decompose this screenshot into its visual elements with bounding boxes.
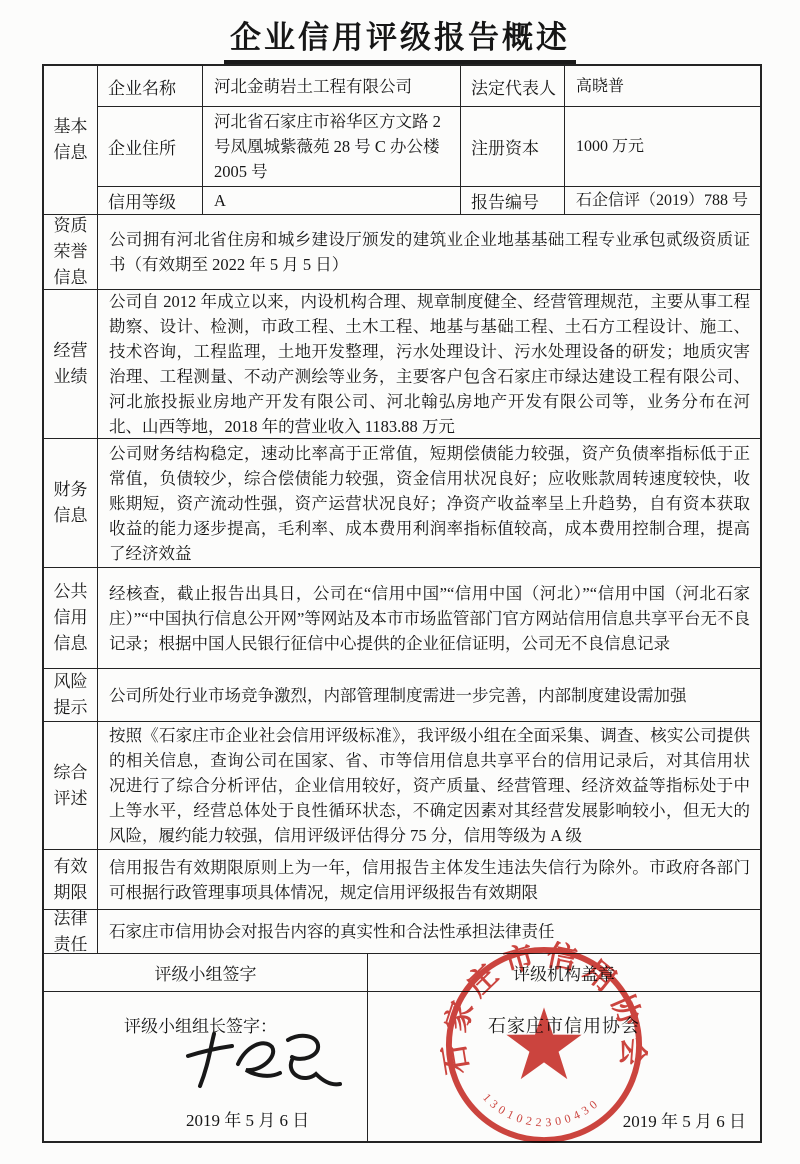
section-content-financial: 公司财务结构稳定，速动比率高于正常值，短期偿债能力较强，资产负债率指标低于正常值… xyxy=(97,439,760,567)
section-content-public-credit: 经核查，截止报告出具日，公司在“信用中国”“信用中国（河北）”“信用中国（河北石… xyxy=(97,568,760,668)
signature-header-row: 评级小组签字 评级机构盖章 xyxy=(44,953,760,991)
section-content-legal: 石家庄市信用协会对报告内容的真实性和合法性承担法律责任 xyxy=(97,910,760,953)
section-financial-info: 财务信息 公司财务结构稳定，速动比率高于正常值，短期偿债能力较强，资产负债率指标… xyxy=(44,438,760,567)
section-label-validity: 有效期限 xyxy=(44,850,97,909)
rating-team-signature-header: 评级小组签字 xyxy=(44,954,367,991)
section-label-basic: 基本信息 xyxy=(44,66,97,214)
signature-header-left-cell: 评级小组签字 xyxy=(44,954,367,991)
team-leader-signature-cell: 评级小组组长签字： 2019 年 5 月 6 日 xyxy=(44,992,367,1141)
section-label-qualification: 资质荣誉信息 xyxy=(44,215,97,289)
field-label-report-number: 报告编号 xyxy=(460,187,564,214)
section-basic-info: 基本信息 企业名称 河北金萌岩土工程有限公司 法定代表人 高晓普 企业住所 河北… xyxy=(44,66,760,214)
field-value-report-number: 石企信评（2019）788 号 xyxy=(564,187,760,214)
section-label-legal: 法律责任 xyxy=(44,910,97,953)
field-label-company-name: 企业名称 xyxy=(98,66,202,106)
table-row: 企业名称 河北金萌岩土工程有限公司 法定代表人 高晓普 xyxy=(98,66,760,106)
table-row: 信用等级 A 报告编号 石企信评（2019）788 号 xyxy=(98,186,760,214)
field-value-legal-rep: 高晓普 xyxy=(564,66,760,106)
section-content-validity: 信用报告有效期限原则上为一年，信用报告主体发生违法失信行为除外。市政府各部门可根… xyxy=(97,850,760,909)
section-public-credit-info: 公共信用信息 经核查，截止报告出具日，公司在“信用中国”“信用中国（河北）”“信… xyxy=(44,567,760,668)
field-label-registered-capital: 注册资本 xyxy=(460,107,564,186)
seal-star xyxy=(506,1007,581,1079)
table-row: 企业住所 河北省石家庄市裕华区方文路 2 号凤凰城紫薇苑 28 号 C 办公楼 … xyxy=(98,106,760,186)
field-label-credit-grade: 信用等级 xyxy=(98,187,202,214)
basic-info-grid: 企业名称 河北金萌岩土工程有限公司 法定代表人 高晓普 企业住所 河北省石家庄市… xyxy=(97,66,760,214)
section-legal-liability: 法律责任 石家庄市信用协会对报告内容的真实性和合法性承担法律责任 xyxy=(44,909,760,953)
seal-number: 1301022300430 xyxy=(480,1090,600,1129)
section-qualification-honor: 资质荣誉信息 公司拥有河北省住房和城乡建设厅颁发的建筑业企业地基基础工程专业承包… xyxy=(44,214,760,289)
field-value-address: 河北省石家庄市裕华区方文路 2 号凤凰城紫薇苑 28 号 C 办公楼 2005 … xyxy=(202,107,460,186)
section-content-review: 按照《石家庄市企业社会信用评级标准》，我评级小组在全面采集、调查、核实公司提供的… xyxy=(97,722,760,849)
red-official-seal: 石家庄市信用协会 1301022300430 xyxy=(440,941,648,1149)
field-value-registered-capital: 1000 万元 xyxy=(564,107,760,186)
section-content-qualification: 公司拥有河北省住房和城乡建设厅颁发的建筑业企业地基基础工程专业承包贰级资质证书（… xyxy=(97,215,760,289)
section-content-risk: 公司所处行业市场竞争激烈，内部管理制度需进一步完善，内部制度建设需加强 xyxy=(97,669,760,721)
section-label-review: 综合评述 xyxy=(44,722,97,849)
page-title: 企业信用评级报告概述 xyxy=(0,12,800,64)
section-label-business: 经营业绩 xyxy=(44,290,97,438)
page-title-text: 企业信用评级报告概述 xyxy=(224,12,576,64)
section-overall-review: 综合评述 按照《石家庄市企业社会信用评级标准》，我评级小组在全面采集、调查、核实… xyxy=(44,721,760,849)
section-label-public-credit: 公共信用信息 xyxy=(44,568,97,668)
field-label-address: 企业住所 xyxy=(98,107,202,186)
field-value-company-name: 河北金萌岩土工程有限公司 xyxy=(202,66,460,106)
section-risk-warning: 风险提示 公司所处行业市场竞争激烈，内部管理制度需进一步完善，内部制度建设需加强 xyxy=(44,668,760,721)
section-business-performance: 经营业绩 公司自 2012 年成立以来，内设机构合理、规章制度健全、经营管理规范… xyxy=(44,289,760,438)
field-label-legal-rep: 法定代表人 xyxy=(460,66,564,106)
field-value-credit-grade: A xyxy=(202,187,460,214)
report-page: 企业信用评级报告概述 基本信息 企业名称 河北金萌岩土工程有限公司 法定代表人 … xyxy=(0,0,800,1164)
report-table: 基本信息 企业名称 河北金萌岩土工程有限公司 法定代表人 高晓普 企业住所 河北… xyxy=(42,64,762,1143)
section-label-financial: 财务信息 xyxy=(44,439,97,567)
section-label-risk: 风险提示 xyxy=(44,669,97,721)
team-signature-date: 2019 年 5 月 6 日 xyxy=(186,1106,309,1131)
section-validity-period: 有效期限 信用报告有效期限原则上为一年，信用报告主体发生违法失信行为除外。市政府… xyxy=(44,849,760,909)
handwritten-signature xyxy=(182,1026,352,1102)
section-content-business: 公司自 2012 年成立以来，内设机构合理、规章制度健全、经营管理规范，主要从事… xyxy=(97,290,760,438)
signature-body-row: 评级小组组长签字： 2019 年 5 月 6 日 石家庄市信用协会 2019 年… xyxy=(44,991,760,1141)
